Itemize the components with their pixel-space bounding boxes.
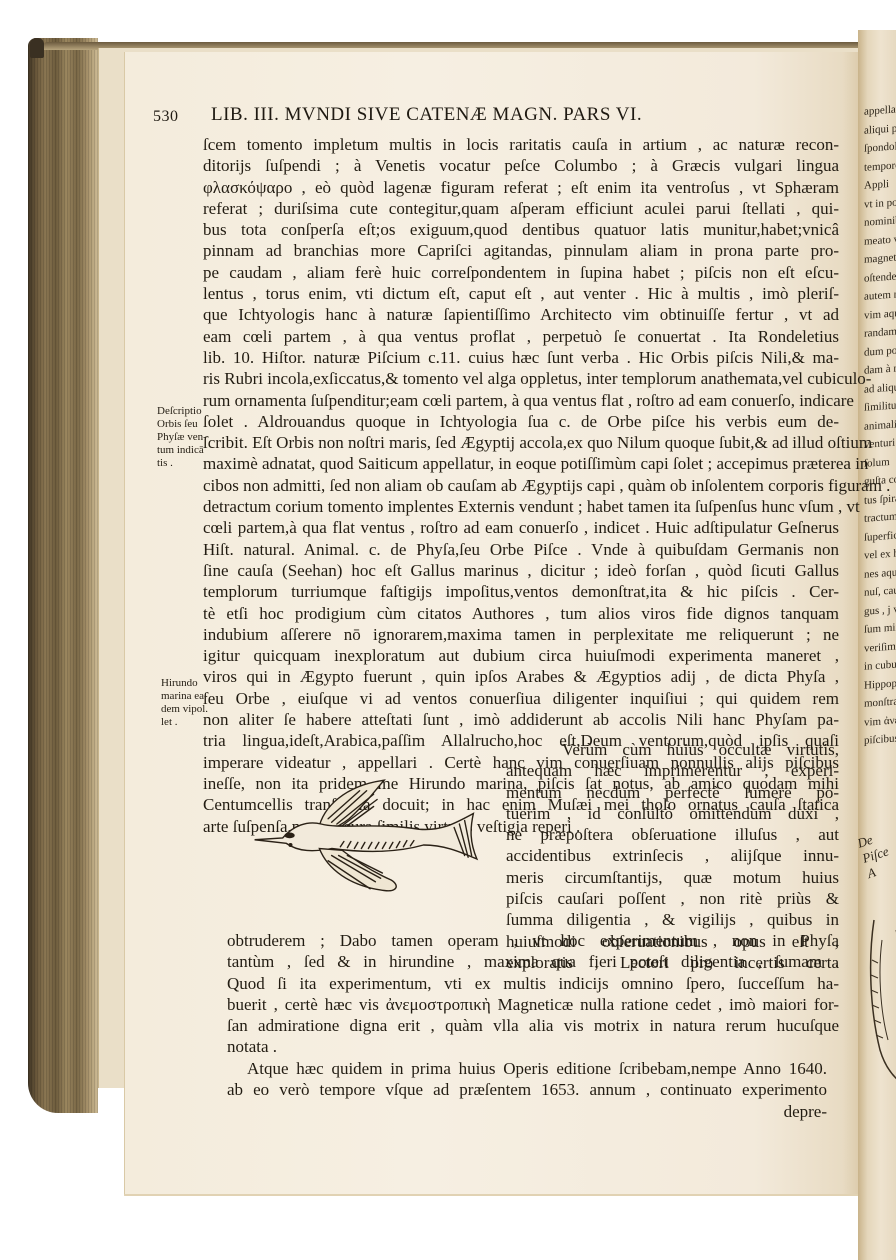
- text-line: cœli partem,à qua flat ventus , roſtro a…: [203, 517, 839, 538]
- marginal-line: marina ea-: [161, 690, 211, 703]
- text-line: ſine cauſa (Seehan) hoc eſt Gallus marin…: [203, 560, 839, 581]
- text-line: φλασκόψαρο , eò quòd lagenæ figuram refe…: [203, 177, 839, 198]
- text-line: buerit , certè hæc vis ἀνεμοστροπικὴ Mag…: [227, 994, 839, 1015]
- text-line: igitur quicquam inexploratum aut dubium …: [203, 645, 839, 666]
- marginal-line: let .: [161, 716, 211, 729]
- text-line: ſcem tomento impletum multis in locis ra…: [203, 134, 839, 155]
- text-line: piſcis cauſari poſſent , non ritè priùs …: [506, 888, 839, 909]
- text-line: ditorijs ſuſpendi ; à Venetis vocatur pe…: [203, 155, 839, 176]
- marginal-line: Phyſæ ven-: [157, 431, 207, 444]
- text-line: Verùm cùm huius occultæ virtutis,: [506, 739, 839, 760]
- text-line: rum ornamenta ſuſpenditur;eam cœli parte…: [203, 390, 839, 411]
- page-header: 530 LIB. III. MVNDI SIVE CATENÆ MAGN. PA…: [153, 104, 853, 130]
- facing-page-text: appellati inaliqui primiſpondolis ,tempo…: [864, 97, 896, 750]
- text-line: lentus , torus enim, vti dictum eſt, cap…: [203, 283, 839, 304]
- page-number: 530: [153, 108, 179, 126]
- page-block-edge: [28, 38, 98, 1113]
- text-line: ſumma diligentia , & vigilijs , quibus i…: [506, 909, 839, 930]
- text-line: referat ; duriſsima cute contegitur,quam…: [203, 198, 839, 219]
- text-line: tuerim , id conſultò omittendum duxi ,: [506, 803, 839, 824]
- facing-page-illustration: [866, 900, 896, 1100]
- text-line: pinnam ad branchias more Capriſci agitan…: [203, 240, 839, 261]
- text-line: bus tota conſperſa eſt;os exiguum,quod d…: [203, 219, 839, 240]
- text-line: Hiſt. natural. Animal. c. de Phyſa,ſeu O…: [203, 539, 839, 560]
- text-line: accidentibus extrinſecis , alijſque innu…: [506, 845, 839, 866]
- text-line: maximè adnatat, quod Saiticum appellatur…: [203, 453, 839, 474]
- facing-page: appellati inaliqui primiſpondolis ,tempo…: [858, 30, 896, 1260]
- text-line: eam cœli partem , à qua ventus proflat ,…: [203, 326, 839, 347]
- text-line: tantùm , ſed & in hirundine , maxima qua…: [227, 951, 839, 972]
- text-line: indubium aſſerere nō ignorarem,maxima ta…: [203, 624, 839, 645]
- text-line: tè etſi hoc prodigium cùm citatos Author…: [203, 603, 839, 624]
- headband: [30, 38, 44, 58]
- text-line: mentum necdum perfectè ſumere po-: [506, 782, 839, 803]
- text-line: ſan admiratione digna erit , quàm vlla a…: [227, 1015, 839, 1036]
- text-line: cibos non admitti, ſed non aliam ob cauſ…: [203, 475, 839, 496]
- open-book: appellati inaliqui primiſpondolis ,tempo…: [0, 0, 896, 1260]
- text-line: ne præpoſtera obſeruatione illuſus , aut: [506, 824, 839, 845]
- running-head: LIB. III. MVNDI SIVE CATENÆ MAGN. PARS V…: [211, 104, 642, 126]
- facing-page-caption: De Piſce A: [858, 826, 896, 882]
- text-line: ſcribit. Eſt Orbis non noſtri maris, ſed…: [203, 432, 839, 453]
- text-line: notata .: [227, 1036, 839, 1057]
- text-line: Atque hæc quidem in prima huius Operis e…: [227, 1058, 827, 1079]
- final-paragraph: Atque hæc quidem in prima huius Operis e…: [227, 1058, 827, 1122]
- text-line: ſeu Orbe , eiuſque vi ad ventos conuerſi…: [203, 688, 839, 709]
- facing-page-line: appellati in: [864, 97, 896, 121]
- marginal-line: Orbis ſeu: [157, 418, 207, 431]
- text-line: ris Rubri incola,exſiccatus,& tomento ve…: [203, 368, 839, 389]
- marginal-note-hirundo: Hirundomarina ea-dem vipol.let .: [161, 677, 211, 729]
- text-line: pe caudam , aliam ferè huic correſponden…: [203, 262, 839, 283]
- text-below-illustration: obtruderem ; Dabo tamen operam , vt hoc …: [227, 930, 839, 1058]
- marginal-note-description: DeſcriptioOrbis ſeuPhyſæ ven-tum indicāt…: [157, 405, 207, 470]
- marginal-line: dem vipol.: [161, 703, 211, 716]
- text-line: que Ichtyologis hanc à naturæ ſapientiſſ…: [203, 304, 839, 325]
- marginal-line: tis .: [157, 457, 207, 470]
- text-line: detractum corium tomento implentes Exter…: [203, 496, 839, 517]
- flying-fish-woodcut: [236, 768, 506, 908]
- main-text-block: ſcem tomento impletum multis in locis ra…: [203, 134, 839, 837]
- marginal-line: Hirundo: [161, 677, 211, 690]
- marginal-line: Deſcriptio: [157, 405, 207, 418]
- text-line: obtruderem ; Dabo tamen operam , vt hoc …: [227, 930, 839, 951]
- text-line: meris circumſtantijs, quæ motum huius: [506, 867, 839, 888]
- text-line: ſolet . Aldrouandus quoque in Ichtyologi…: [203, 411, 839, 432]
- marginal-line: tum indicā: [157, 444, 207, 457]
- text-line: Quod ſi ita experimentum, vti ex multis …: [227, 973, 839, 994]
- catchword: depre-: [227, 1101, 827, 1122]
- text-line: ab eo verò tempore vſque ad præſentem 16…: [227, 1079, 827, 1100]
- text-line: non aliter ſe habere atteſtati ſunt , im…: [203, 709, 839, 730]
- text-line: templorum turriumque faſtigijs impoſitus…: [203, 581, 839, 602]
- text-line: antequam hæc imprimerentur , experi-: [506, 760, 839, 781]
- text-line: viros qui in Ægypto fuerunt , quin ipſos…: [203, 666, 839, 687]
- text-line: lib. 10. Hiſtor. naturæ Piſcium c.11. cu…: [203, 347, 839, 368]
